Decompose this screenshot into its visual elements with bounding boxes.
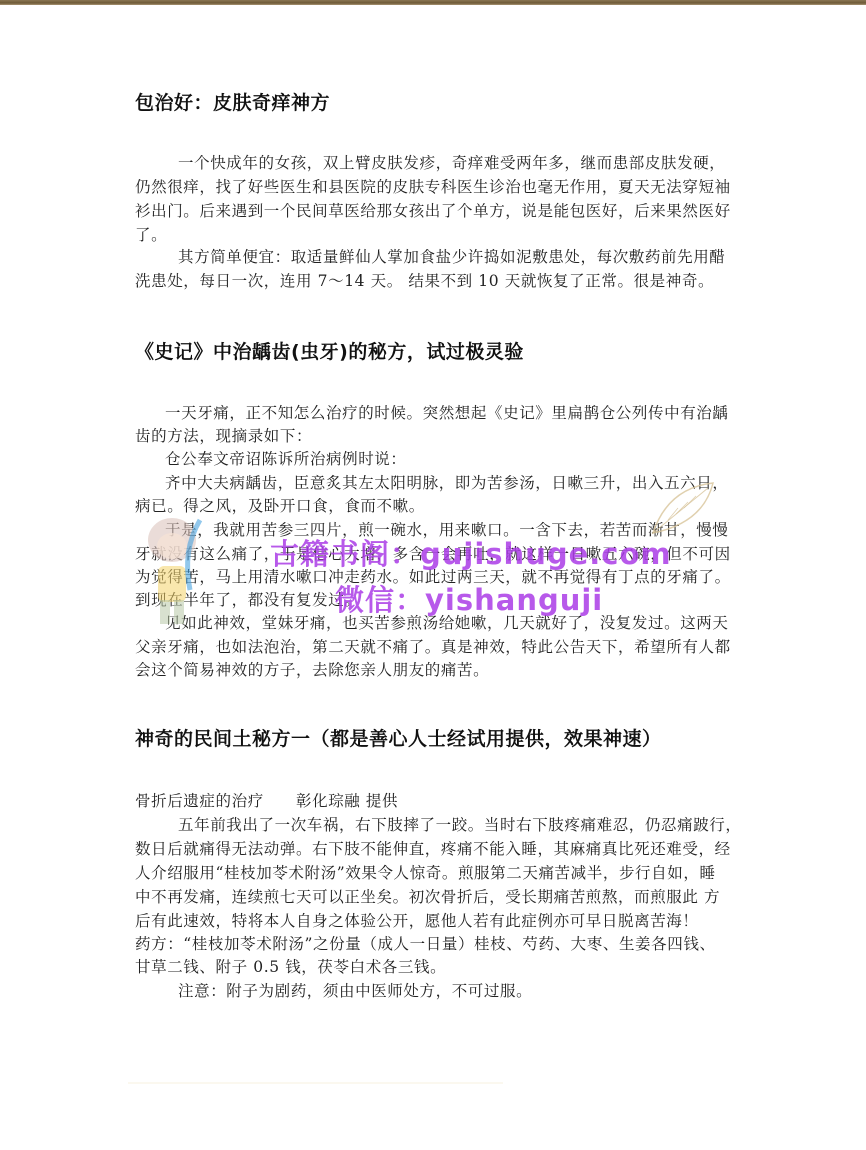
article-2-line: 于是，我就用苦参三四片，煎一碗水，用来嗽口。一含下去，若苦而渐甘，慢慢 [165, 519, 729, 541]
article-3-line: 后有此速效，特将本人自身之体验公开，愿他人若有此症例亦可早日脱离苦海！ [135, 910, 699, 932]
article-3-line: 甘草二钱、附子 0.5 钱，茯苓白术各三钱。 [135, 956, 446, 978]
article-2-line: 仓公奉文帝诏陈诉所治病例时说： [165, 448, 407, 470]
article-2-line: 为觉得苦，马上用清水嗽口冲走药水。如此过两三天，就不再觉得有丁点的牙痛了。 [135, 566, 731, 588]
article-3-line: 注意：附子为剧药，须由中医师处方，不可过服。 [178, 980, 532, 1002]
article-3-line: 数日后就痛得无法动弹。右下肢不能伸直，疼痛不能入睡，其麻痛真比死还难受，经 [135, 838, 731, 860]
article-2-line: 父亲牙痛，也如法泡治，第二天就不痛了。真是神效，特此公告天下，希望所有人都 [135, 636, 731, 658]
article-2-line: 牙就没有这么痛了，于是信心大增，多含一会再吐，就这样一日嗽五六碗，但不可因 [135, 543, 731, 565]
article-2-line: 一天牙痛，正不知怎么治疗的时候。突然想起《史记》里扁鹊仓公列传中有治龋 [165, 402, 729, 424]
article-2-line: 会这个简易神效的方子，去除您亲人朋友的痛苦。 [135, 659, 489, 681]
article-2-line: 齿的方法，现摘录如下： [135, 425, 312, 447]
article-2-line: 到现在半年了，都没有复发过。 [135, 589, 360, 611]
article-1-line: 衫出门。后来遇到一个民间草医给那女孩出了个单方，说是能包医好，后来果然医好 [135, 200, 731, 222]
article-2-line: 齐中大夫病龋齿，臣意炙其左太阳明脉，即为苦参汤，日嗽三升，出入五六日， [165, 472, 729, 494]
article-2-title: 《史记》中治龋齿(虫牙)的秘方，试过极灵验 [135, 337, 524, 364]
article-3-line: 五年前我出了一次车祸，右下肢摔了一跤。当时右下肢疼痛难忍，仍忍痛跛行， [178, 814, 742, 836]
article-3-title: 神奇的民间土秘方一（都是善心人士经试用提供，效果神速） [135, 724, 662, 751]
document-page: 包治好：皮肤奇痒神方 一个快成年的女孩，双上臂皮肤发疹，奇痒难受两年多，继而患部… [0, 0, 866, 1150]
article-2-line: 见如此神效，堂妹牙痛，也买苦参煎汤给她嗽，几天就好了，没复发过。这两天 [165, 612, 729, 634]
article-1-line: 了。 [135, 224, 167, 246]
article-3-subtitle: 骨折后遗症的治疗 彰化琮融 提供 [135, 790, 398, 812]
article-3-line: 中不再发痛，连续煎七天可以正坐矣。初次骨折后，受长期痛苦煎熬，而煎服此 方 [135, 886, 720, 908]
article-3-line: 药方：“桂枝加苓术附汤”之份量（成人一日量）桂枝、芍药、大枣、生姜各四钱、 [135, 933, 716, 955]
article-1-line: 洗患处，每日一次，连用 7～14 天。 结果不到 10 天就恢复了正常。很是神奇… [135, 270, 714, 292]
article-1-line: 其方简单便宜：取适量鲜仙人掌加食盐少许捣如泥敷患处，每次敷药前先用醋 [178, 246, 725, 268]
article-1-line: 仍然很痒，找了好些医生和县医院的皮肤专科医生诊治也毫无作用，夏天无法穿短袖 [135, 176, 731, 198]
article-1-line: 一个快成年的女孩，双上臂皮肤发疹，奇痒难受两年多，继而患部皮肤发硬， [178, 152, 725, 174]
article-1-title: 包治好：皮肤奇痒神方 [135, 88, 330, 115]
article-3-line: 人介绍服用“桂枝加苓术附汤”效果令人惊奇。煎服第二天痛苦减半，步行自如，睡 [135, 862, 716, 884]
article-2-line: 病已。得之风，及卧开口食，食而不嗽。 [135, 495, 425, 517]
faint-divider [128, 1082, 503, 1084]
